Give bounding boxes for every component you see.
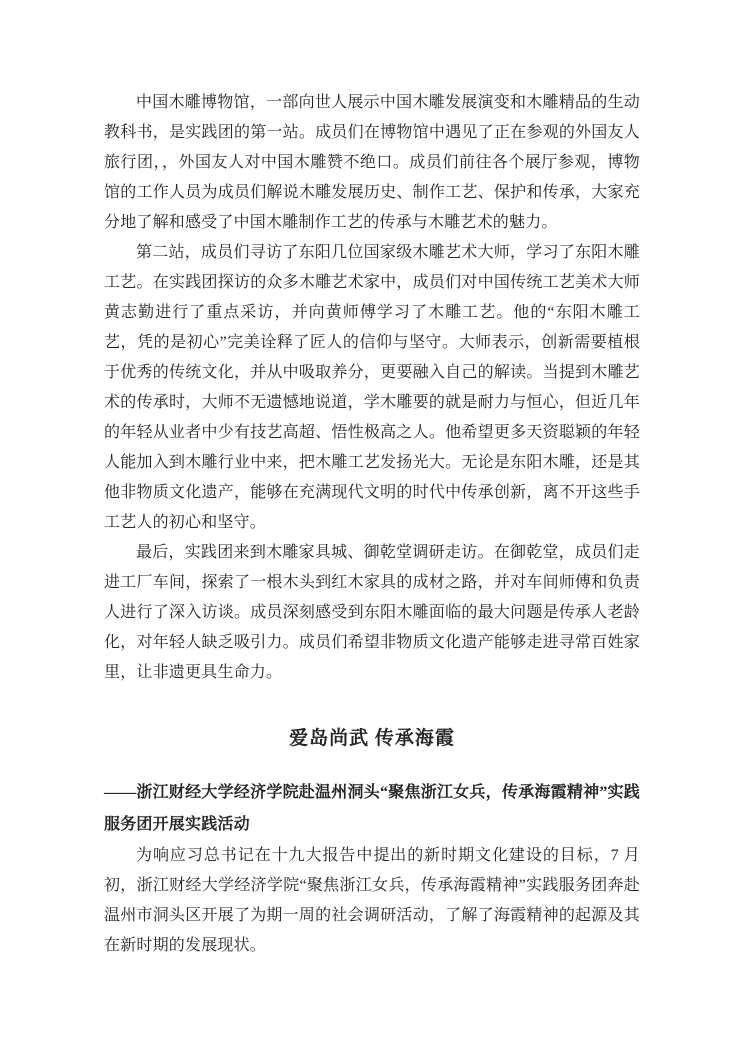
section-subtitle: ——浙江财经大学经济学院赴温州洞头“聚焦浙江女兵，传承海霞精神”实践服务团开展实… <box>104 777 640 841</box>
paragraph-haixia-spirit: 为响应习总书记在十九大报告中提出的新时期文化建设的目标，7 月初，浙江财经大学经… <box>104 841 640 961</box>
paragraph-dongyang-masters: 第二站，成员们寻访了东阳几位国家级木雕艺术大师，学习了东阳木雕工艺。在实践团探访… <box>104 238 640 538</box>
section-title-haixia: 爱岛尚武 传承海霞 <box>104 726 640 752</box>
document-page: 中国木雕博物馆，一部向世人展示中国木雕发展演变和木雕精品的生动教科书，是实践团的… <box>0 0 750 1061</box>
paragraph-yuqiantang-visit: 最后，实践团来到木雕家具城、御乾堂调研走访。在御乾堂，成员们走进工厂车间，探索了… <box>104 538 640 688</box>
paragraph-wood-carving-museum: 中国木雕博物馆，一部向世人展示中国木雕发展演变和木雕精品的生动教科书，是实践团的… <box>104 88 640 238</box>
